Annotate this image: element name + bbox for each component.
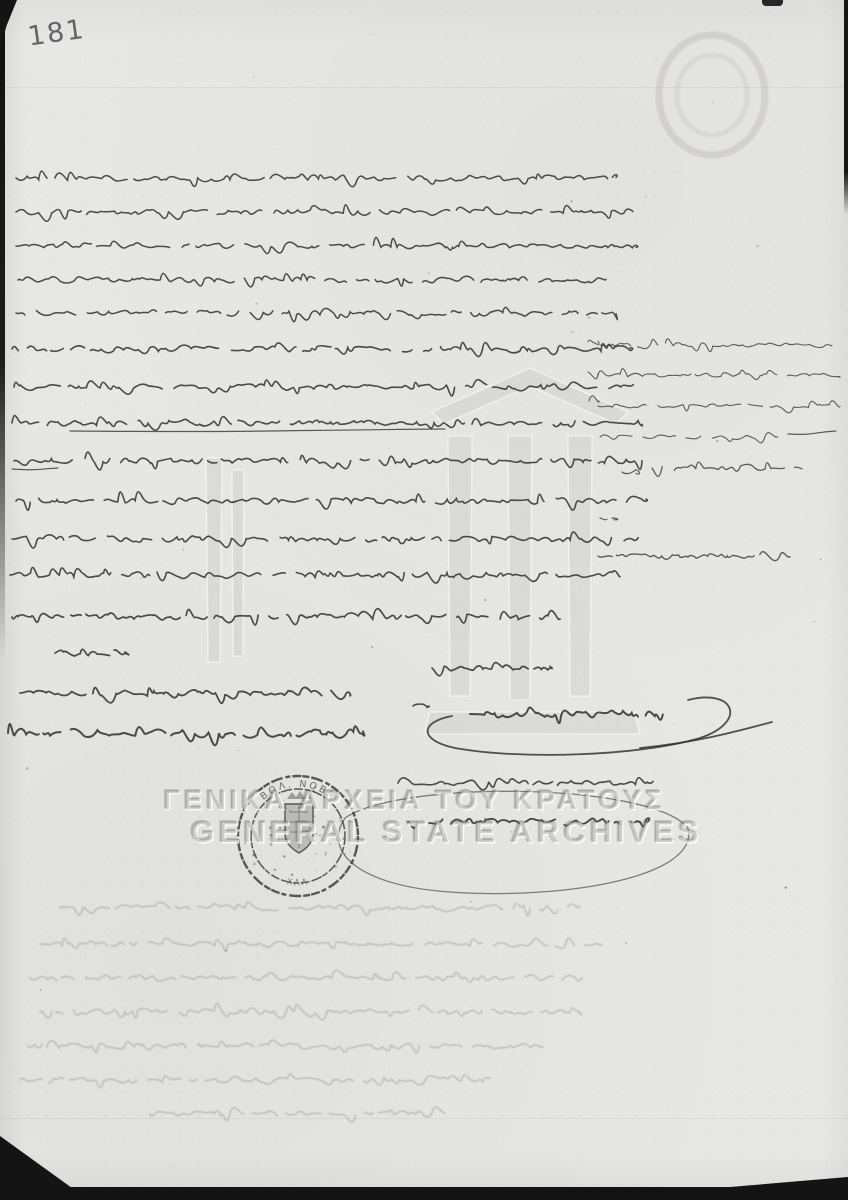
stamp-speckle [262, 820, 265, 823]
stamp-speckle [315, 833, 317, 835]
paper-speck [371, 646, 373, 648]
paper-speck [470, 901, 471, 902]
handwriting-line [16, 171, 617, 187]
stamp-speckle [329, 844, 331, 846]
stamp-speckle [283, 855, 285, 857]
archives-emblem-shape [424, 712, 640, 734]
handwriting-underline [70, 429, 445, 432]
stamp-speckle [341, 839, 343, 841]
paper-speck [836, 982, 837, 983]
page-number: 181 [26, 14, 87, 53]
paper-speck [183, 549, 185, 551]
bleed-through-line [30, 970, 589, 982]
paper-speck [571, 331, 573, 333]
signature-line [408, 818, 649, 828]
bleed-through-line [28, 1040, 543, 1053]
paper-speck [588, 317, 590, 319]
handwriting-line [12, 416, 642, 431]
paper-speck [40, 989, 42, 991]
paper-speck [785, 886, 787, 888]
archives-emblem-shape [206, 458, 222, 662]
paper-speck [716, 440, 718, 442]
stamp-speckle [284, 807, 287, 810]
handwriting-line [16, 237, 638, 253]
paper-speck [174, 1165, 175, 1166]
stamp-speckle [302, 805, 304, 807]
paper-speck [484, 599, 486, 601]
bleed-through-line [150, 1107, 452, 1122]
paper-speck [428, 272, 429, 273]
paper-speck [667, 1106, 668, 1107]
stamp-speckle [334, 872, 335, 873]
paper-speck [290, 860, 291, 861]
stamp-speckle [341, 868, 342, 869]
paper-speck [814, 621, 815, 622]
margin-note-line [598, 401, 840, 413]
paper-speck [757, 245, 759, 247]
ink-layer: 181 ΒΟΛ. ΝΟΒΡ ΧΑΛ [0, 0, 848, 1200]
margin-note-line [600, 518, 618, 520]
margin-note-line [652, 462, 802, 476]
stamp-speckle [284, 818, 285, 819]
bleed-through-stamp-ring-inner [677, 55, 747, 135]
margin-note-line [588, 340, 599, 344]
paper-speck [625, 942, 627, 944]
handwriting-line [16, 307, 617, 321]
handwriting-line [12, 532, 638, 548]
stamp-arc-text-bottom: ΧΑΛ [286, 877, 310, 888]
stamp-speckle [319, 834, 321, 836]
stamp-speckle [283, 800, 284, 801]
handwriting-line [12, 342, 633, 356]
paper-speck [26, 767, 28, 769]
paper-speck [140, 577, 142, 579]
stamp-speckle [334, 865, 337, 868]
handwriting-line [55, 649, 129, 656]
margin-note-line [598, 552, 790, 561]
stamp-speckle [308, 860, 309, 861]
stamp-speckle [253, 862, 256, 865]
signature-flourish [338, 791, 688, 893]
bleed-through-text [20, 35, 765, 1122]
paper-speck [348, 821, 350, 823]
margin-note-line [600, 339, 832, 352]
paper-speck [338, 796, 339, 797]
scanned-document-page: 181 ΒΟΛ. ΝΟΒΡ ΧΑΛ ΓΕΝΙΚΑ ΑΡΧΕΙΑ ΤΟΥ ΚΡΑΤ… [0, 0, 848, 1200]
stamp-speckle [269, 826, 272, 829]
bleed-through-line [40, 938, 602, 951]
archives-emblem-shape [448, 436, 472, 696]
bleed-through-line [60, 902, 580, 916]
stamp-speckle [254, 821, 256, 823]
handwriting-line [12, 609, 560, 625]
handwriting-line [20, 687, 351, 703]
paper-speck [820, 559, 821, 560]
stamp-speckle [325, 854, 327, 856]
paper-speck [255, 303, 257, 305]
stamp-speckle [303, 799, 305, 801]
stamp-speckle [282, 822, 284, 824]
stamp-speckle [283, 810, 284, 811]
paper-speck [253, 76, 255, 78]
fold-line [0, 87, 848, 88]
handwriting-line [16, 205, 639, 221]
stamp-speckle [344, 853, 346, 855]
paper-speck [510, 831, 512, 833]
stamp-speckle [314, 786, 316, 788]
stamp-speckle [252, 800, 254, 802]
stamp-speckle [338, 817, 340, 819]
stamp-crown [287, 791, 313, 799]
stamp-speckle [279, 827, 281, 829]
stamp-speckle [269, 843, 272, 846]
stamp-speckle [254, 861, 255, 862]
scan-edge-left [0, 0, 5, 660]
stamp-speckle [277, 793, 278, 794]
notary-stamp: ΒΟΛ. ΝΟΒΡ ΧΑΛ [238, 776, 358, 896]
margin-note-line [600, 433, 788, 443]
stamp-speckle [313, 815, 315, 817]
stamp-speckle [278, 832, 279, 833]
paper-speck [514, 278, 515, 279]
paper-speck [254, 854, 256, 856]
archives-emblem-shape [432, 368, 628, 424]
stamp-speckle [289, 810, 291, 812]
stamp-speckle [343, 826, 344, 827]
handwriting-line [8, 724, 364, 745]
stamp-speckle [340, 820, 342, 822]
stamp-speckle [315, 820, 316, 821]
stamp-speckle [315, 870, 316, 871]
handwriting-underline [12, 468, 58, 470]
stamp-speckle [315, 853, 317, 855]
svg-text:ΧΑΛ: ΧΑΛ [286, 877, 310, 888]
paper-speck [478, 665, 480, 667]
fold-line [0, 1118, 848, 1119]
stamp-speckle [349, 851, 351, 853]
handwriting-line [16, 492, 647, 511]
archives-emblem-shape [232, 470, 244, 656]
paper-speck [237, 750, 238, 751]
paper-speck [500, 908, 502, 910]
handwriting-ink: 181 [8, 14, 840, 894]
archives-emblem-shape [568, 436, 592, 696]
scan-edge-top-notch [762, 0, 783, 6]
signature-line [398, 778, 653, 790]
bleed-through-line [20, 1074, 490, 1088]
paper-speck [454, 389, 456, 391]
stamp-speckle [268, 838, 270, 840]
paper-speck [10, 965, 11, 966]
paper-speck [337, 535, 338, 536]
stamp-speckle [274, 869, 276, 871]
stamp-speckle [270, 834, 273, 837]
stamp-speckle [335, 792, 336, 793]
paper-speck [389, 905, 391, 907]
stamp-speckle [260, 855, 261, 856]
paper-speck [712, 101, 714, 103]
scan-edge-bottom [0, 1187, 848, 1200]
stamp-speckle [322, 826, 325, 829]
handwriting-underline [788, 431, 836, 434]
scan-edge-right [844, 0, 848, 215]
stamp-speckle [244, 842, 246, 844]
stamp-speckle [326, 801, 329, 804]
margin-note-line [598, 369, 840, 380]
handwriting-line [18, 273, 606, 287]
margin-note-line [588, 372, 598, 379]
stamp-speckle [313, 790, 315, 792]
stamp-speckle [291, 873, 294, 876]
bleed-through-line [40, 1004, 581, 1020]
handwriting-line [14, 452, 642, 470]
signature-line [413, 704, 429, 707]
archives-emblem-shape [508, 436, 532, 700]
margin-note-line [622, 470, 640, 474]
stamp-speckle [324, 828, 325, 829]
paper-speck [225, 950, 227, 952]
paper-speck [571, 200, 573, 202]
stamp-speckle [343, 837, 346, 840]
paper-speck [645, 196, 647, 198]
stamp-speckle [279, 807, 280, 808]
